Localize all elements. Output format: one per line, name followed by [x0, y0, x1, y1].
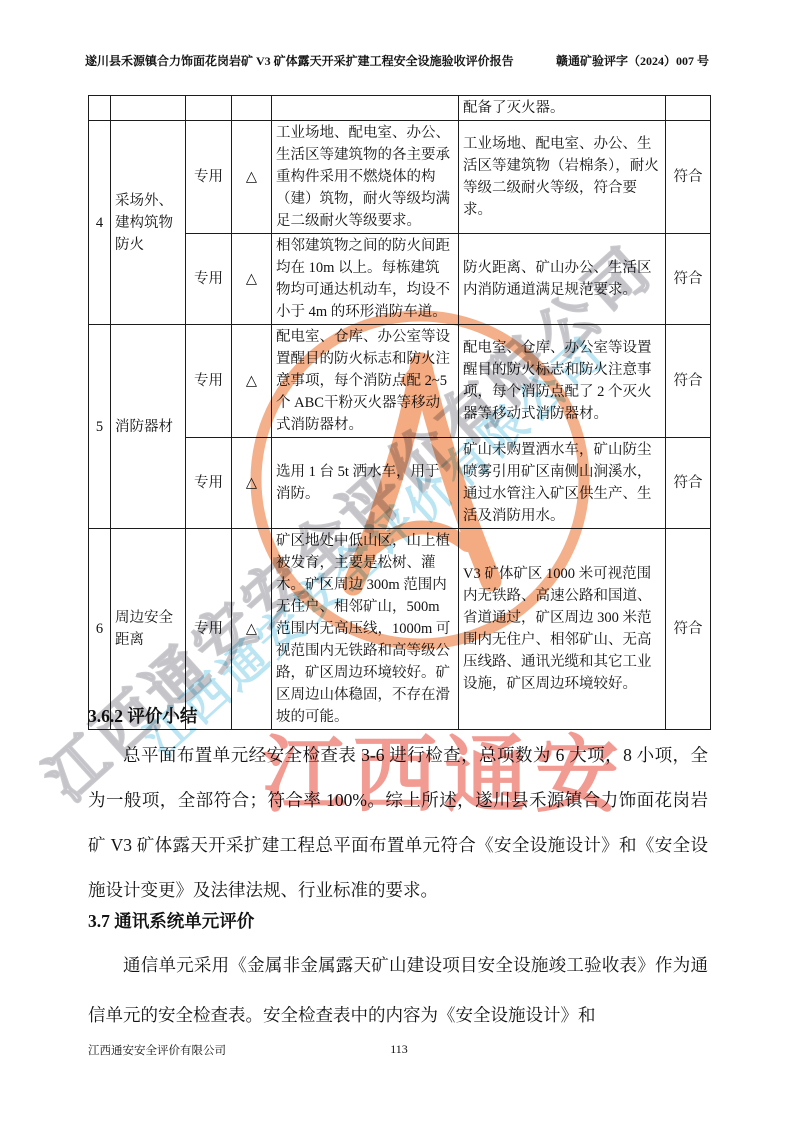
- page-footer: 江西通安安全评价有限公司 113: [88, 1042, 710, 1062]
- cell-actual: 工业场地、配电室、办公、生活区等建筑物（岩棉条），耐火等级二级耐火等级，符合要求…: [459, 121, 666, 234]
- cell-standard: 选用 1 台 5t 洒水车，用于消防。: [272, 438, 459, 529]
- cell-actual: 防火距离、矿山办公、生活区内消防通道满足规范要求。: [459, 234, 666, 325]
- cell-no: 4: [89, 121, 111, 325]
- cell-type: 专用: [186, 121, 232, 234]
- cell-mark: △: [232, 121, 272, 234]
- cell-type: 专用: [186, 529, 232, 730]
- cell-standard: 工业场地、配电室、办公、生活区等建筑物的各主要承重构件采用不燃烧体的构（建）筑物…: [272, 121, 459, 234]
- page-number: 113: [88, 1042, 710, 1057]
- cell-item: 周边安全距离: [111, 529, 186, 730]
- table-row: 6 周边安全距离 专用 △ 矿区地处中低山区，山上植被发育，主要是松树、灌木。矿…: [89, 529, 711, 730]
- triangle-mark: △: [246, 475, 257, 491]
- cell-type: 专用: [186, 234, 232, 325]
- cell-actual: 配电室、仓库、办公室等设置醒目的防火标志和防火注意事项，每个消防点配了 2 个灭…: [459, 325, 666, 438]
- triangle-mark: △: [246, 621, 257, 637]
- cell-item: 采场外、建构筑物防火: [111, 121, 186, 325]
- cell-mark: △: [232, 325, 272, 438]
- cell-standard: [272, 96, 459, 121]
- cell-conclusion: 符合: [666, 121, 711, 234]
- cell-conclusion: 符合: [666, 438, 711, 529]
- cell-mark: [232, 96, 272, 121]
- cell-type: 专用: [186, 325, 232, 438]
- cell-standard: 配电室、仓库、办公室等设置醒目的防火标志和防火注意事项，每个消防点配 2~5 个…: [272, 325, 459, 438]
- cell-actual: V3 矿体矿区 1000 米可视范围内无铁路、高速公路和国道、省道通过，矿区周边…: [459, 529, 666, 730]
- cell-mark: △: [232, 234, 272, 325]
- cell-no: [89, 96, 111, 121]
- cell-actual: 矿山未购置洒水车，矿山防尘喷雾引用矿区南侧山涧溪水，通过水管注入矿区供生产、生活…: [459, 438, 666, 529]
- table-row: 5 消防器材 专用 △ 配电室、仓库、办公室等设置醒目的防火标志和防火注意事项，…: [89, 325, 711, 438]
- cell-conclusion: 符合: [666, 234, 711, 325]
- document-page: 遂川县禾源镇合力饰面花岗岩矿 V3 矿体露天开采扩建工程安全设施验收评价报告 赣…: [0, 0, 793, 1122]
- cell-mark: △: [232, 529, 272, 730]
- cell-item: [111, 96, 186, 121]
- cell-actual: 配备了灭火器。: [459, 96, 666, 121]
- triangle-mark: △: [246, 271, 257, 287]
- report-title: 遂川县禾源镇合力饰面花岗岩矿 V3 矿体露天开采扩建工程安全设施验收评价报告: [85, 52, 514, 69]
- table-row: 配备了灭火器。: [89, 96, 711, 121]
- cell-standard: 矿区地处中低山区，山上植被发育，主要是松树、灌木。矿区周边 300m 范围内无住…: [272, 529, 459, 730]
- section-heading-37: 3.7 通讯系统单元评价: [88, 908, 710, 933]
- cell-standard: 相邻建筑物之间的防火间距均在 10m 以上。每栋建筑物均可通达机动车，均设不小于…: [272, 234, 459, 325]
- cell-mark: △: [232, 438, 272, 529]
- cell-type: [186, 96, 232, 121]
- triangle-mark: △: [246, 373, 257, 389]
- section-heading-362: 3.6.2 评价小结: [88, 703, 710, 728]
- cell-no: 6: [89, 529, 111, 730]
- cell-conclusion: [666, 96, 711, 121]
- cell-item: 消防器材: [111, 325, 186, 529]
- safety-checklist-table: 配备了灭火器。 4 采场外、建构筑物防火 专用 △ 工业场地、配电室、办公、生活…: [88, 95, 711, 730]
- section-paragraph-362: 总平面布置单元经安全检查表 3-6 进行检查，总项数为 6 大项，8 小项，全为…: [88, 733, 708, 913]
- page-header: 遂川县禾源镇合力饰面花岗岩矿 V3 矿体露天开采扩建工程安全设施验收评价报告 赣…: [85, 52, 709, 69]
- section-paragraph-37: 通信单元采用《金属非金属露天矿山建设项目安全设施竣工验收表》作为通信单元的安全检…: [88, 940, 708, 1040]
- cell-type: 专用: [186, 438, 232, 529]
- cell-conclusion: 符合: [666, 325, 711, 438]
- table-row: 4 采场外、建构筑物防火 专用 △ 工业场地、配电室、办公、生活区等建筑物的各主…: [89, 121, 711, 234]
- cell-no: 5: [89, 325, 111, 529]
- triangle-mark: △: [246, 169, 257, 185]
- doc-number: 赣通矿验评字（2024）007 号: [556, 52, 709, 69]
- cell-conclusion: 符合: [666, 529, 711, 730]
